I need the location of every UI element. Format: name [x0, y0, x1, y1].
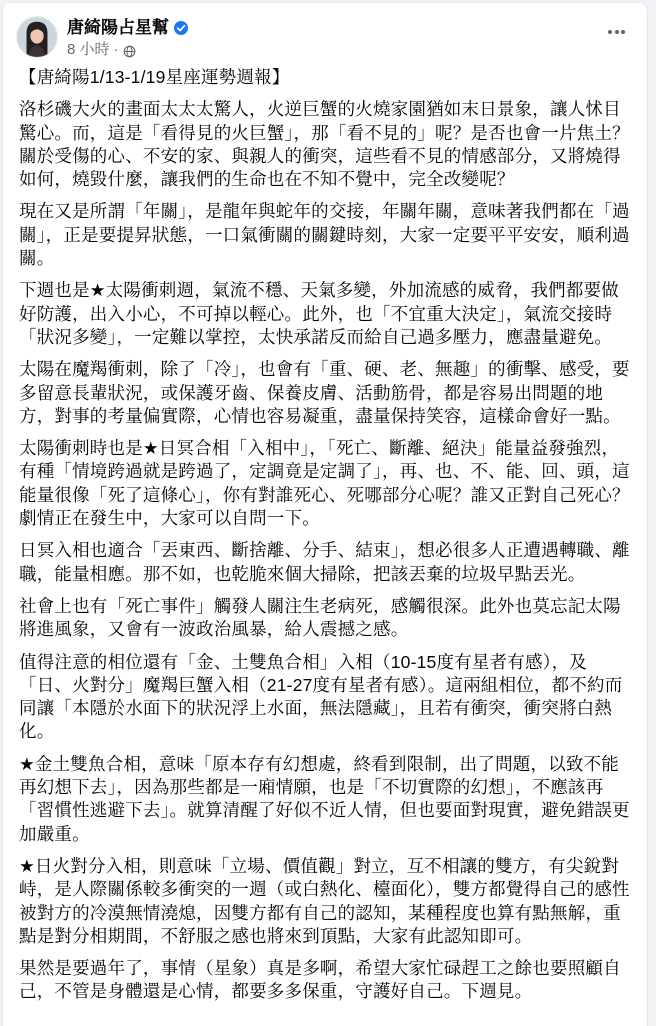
meta-separator: · — [114, 40, 119, 59]
globe-icon — [123, 44, 136, 57]
post-paragraph: ★日火對分入相，則意味「立場、價值觀」對立，互不相讓的雙方，有尖銳對峙，是人際關… — [19, 855, 634, 948]
name-row: 唐綺陽占星幫 — [67, 17, 602, 39]
more-options-button[interactable] — [602, 16, 631, 48]
verified-badge-icon — [174, 21, 188, 35]
ellipsis-icon — [621, 30, 625, 34]
post-card: 唐綺陽占星幫 8 小時 · — [3, 3, 647, 1026]
post-paragraph: 太陽在魔羯衝刺，除了「冷」，也會有「重、硬、老、無趣」的衝擊、感受，要多留意長輩… — [19, 358, 634, 428]
ellipsis-icon — [615, 30, 619, 34]
post-paragraph: 果然是要過年了，事情（星象）真是多啊，希望大家忙碌趕工之餘也要照顧自己，不管是身… — [19, 957, 634, 1004]
post-title-paragraph: 【唐綺陽1/13-1/19星座運勢週報】 — [19, 66, 634, 89]
post-paragraph: 日冥入相也適合「丟東西、斷捨離、分手、結束」，想必很多人正遭遇轉職、離職，能量相… — [19, 539, 634, 586]
post-header: 唐綺陽占星幫 8 小時 · — [3, 3, 647, 59]
post-paragraph: ★金土雙魚合相，意味「原本存有幻想處，終看到限制，出了問題，以致不能再幻想下去」… — [19, 753, 634, 846]
post-paragraph: 下週也是★太陽衝刺週，氣流不穩、天氣多變，外加流感的威脅，我們都要做好防護，出入… — [19, 279, 634, 349]
page-name-link[interactable]: 唐綺陽占星幫 — [67, 17, 169, 39]
ellipsis-icon — [608, 30, 612, 34]
post-paragraph: 值得注意的相位還有「金、土雙魚合相」入相（10-15度有星者有感），及「日、火對… — [19, 651, 634, 744]
post-paragraph: 現在又是所謂「年關」，是龍年與蛇年的交接，年關年關，意味著我們都在「過關」，正是… — [19, 200, 634, 270]
post-body: 【唐綺陽1/13-1/19星座運勢週報】 洛杉磯大火的畫面太太太驚人，火逆巨蟹的… — [3, 59, 647, 1024]
post-paragraph: 洛杉磯大火的畫面太太太驚人，火逆巨蟹的火燒家園猶如末日景象，讓人怵目驚心。而，這… — [19, 98, 634, 191]
post-meta: 8 小時 · — [67, 40, 602, 59]
avatar-image — [17, 17, 57, 57]
header-text: 唐綺陽占星幫 8 小時 · — [67, 16, 602, 59]
avatar[interactable] — [16, 16, 58, 58]
post-paragraph: 太陽衝刺時也是★日冥合相「入相中」，「死亡、斷離、絕決」能量益發強烈，有種「情境… — [19, 437, 634, 530]
post-paragraph: 社會上也有「死亡事件」觸發人關注生老病死，感觸很深。此外也莫忘記太陽將進風象，又… — [19, 595, 634, 642]
timestamp-link[interactable]: 8 小時 — [67, 40, 110, 59]
